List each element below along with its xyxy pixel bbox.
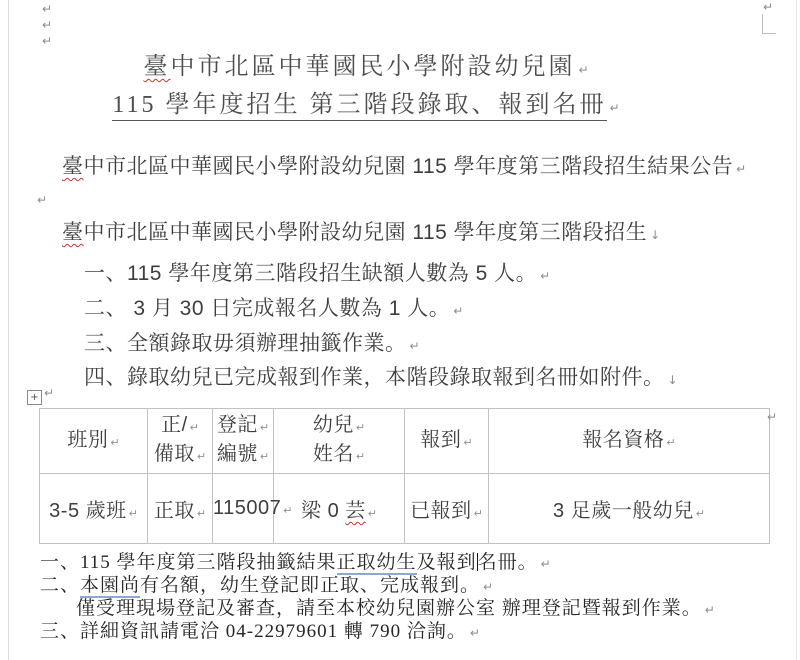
paragraph-mark-icon: ↵ bbox=[578, 63, 588, 77]
spellcheck-flagged-char: 臺 bbox=[62, 155, 84, 178]
paragraph-mark-icon: ↵ bbox=[42, 19, 52, 31]
line-break-mark-icon: ↓ bbox=[650, 228, 660, 242]
cell-mark-icon: ↵ bbox=[666, 436, 675, 449]
cell-admit: 正取↵ bbox=[148, 474, 213, 544]
cell-qualification: 3 足歲一般幼兒↵ bbox=[489, 474, 770, 544]
list-item-text: 三、全額錄取毋須辦理抽籤作業。 bbox=[84, 332, 407, 355]
paragraph-mark-icon: ↵ bbox=[705, 603, 715, 617]
cell-mark-icon: ↵ bbox=[368, 507, 377, 520]
cell-mark-icon: ↵ bbox=[356, 421, 365, 434]
paragraph-mark-icon: ↵ bbox=[44, 387, 54, 399]
body-intro-text: 中市北區中華國民小學附設幼兒園 115 學年度第三階段招生 bbox=[84, 221, 648, 244]
spellcheck-flagged-char: 臺 bbox=[143, 54, 170, 80]
paragraph-mark-icon: ↵ bbox=[37, 194, 47, 206]
cell-mark-icon: ↵ bbox=[356, 450, 365, 463]
cell-mark-icon: ↵ bbox=[197, 507, 206, 520]
list-item: 二、 3 月 30 日完成報名人數為 1 人。↵ bbox=[84, 292, 463, 322]
document-title-line2: 115 學年度招生 第三階段錄取、報到名冊↵ bbox=[66, 84, 666, 119]
cell-mark-icon: ↵ bbox=[463, 436, 472, 449]
page-right-edge bbox=[796, 0, 797, 660]
body-intro-line: 臺中市北區中華國民小學附設幼兒園 115 學年度第三階段招生↓ bbox=[62, 216, 660, 246]
table-header-row: 班別↵ 正/↵ 備取↵ 登記↵ 編號↵ 幼兒↵ 姓名↵ 報到↵ 報名資格↵ bbox=[40, 409, 770, 474]
title-text: 中市北區中華國民小學附設幼兒園 bbox=[170, 54, 575, 80]
cell-mark-icon: ↵ bbox=[260, 421, 269, 434]
header-registration-no: 登記↵ 編號↵ bbox=[213, 409, 274, 474]
header-qualification: 報名資格↵ bbox=[489, 409, 770, 474]
note-text: 二、 bbox=[40, 575, 80, 596]
announcement-text: 中市北區中華國民小學附設幼兒園 115 學年度第三階段招生結果公告 bbox=[84, 155, 734, 178]
cell-mark-icon: ↵ bbox=[283, 504, 292, 517]
header-class: 班別↵ bbox=[40, 409, 148, 474]
list-item: 一、115 學年度第三階段招生缺額人數為 5 人。↵ bbox=[84, 257, 550, 287]
paragraph-mark-icon: ↵ bbox=[610, 101, 620, 115]
announcement-heading: 臺中市北區中華國民小學附設幼兒園 115 學年度第三階段招生結果公告↵ bbox=[62, 150, 746, 180]
cell-mark-icon: ↵ bbox=[474, 507, 483, 520]
cell-checkin: 已報到↵ bbox=[405, 474, 489, 544]
cell-child-name: 梁 0 芸↵ bbox=[274, 474, 405, 544]
header-admit-type: 正/↵ 備取↵ bbox=[148, 409, 213, 474]
title-text-underlined: 115 學年度招生 第三階段錄取、報到名冊 bbox=[112, 92, 606, 121]
list-item: 四、錄取幼兒已完成報到作業，本階段錄取報到名冊如附件。↓ bbox=[84, 361, 678, 391]
header-child-name: 幼兒↵ 姓名↵ bbox=[274, 409, 405, 474]
header-checkin: 報到↵ bbox=[405, 409, 489, 474]
list-item: 三、全額錄取毋須辦理抽籤作業。↵ bbox=[84, 327, 420, 357]
table-move-handle-icon[interactable]: + bbox=[27, 390, 42, 405]
spellcheck-flagged-char: 臺 bbox=[62, 221, 84, 244]
paragraph-mark-icon: ↵ bbox=[470, 626, 480, 640]
paragraph-mark-icon: ↵ bbox=[483, 580, 493, 594]
cell-mark-icon: ↵ bbox=[110, 436, 119, 449]
paragraph-mark-icon: ↵ bbox=[763, 1, 773, 13]
paragraph-mark-icon: ↵ bbox=[42, 35, 52, 47]
cell-class: 3-5 歲班↵ bbox=[40, 474, 148, 544]
paragraph-mark-icon: ↵ bbox=[410, 339, 420, 353]
paragraph-mark-icon: ↵ bbox=[540, 269, 550, 283]
page-left-edge bbox=[8, 0, 9, 660]
note-text: 三、詳細資訊請電洽 04-22979601 轉 790 洽詢。 bbox=[40, 621, 467, 642]
list-item-text: 四、錄取幼兒已完成報到作業，本階段錄取報到名冊如附件。 bbox=[84, 366, 665, 389]
cell-mark-icon: ↵ bbox=[197, 450, 206, 463]
footer-note: 三、詳細資訊請電洽 04-22979601 轉 790 洽詢。↵ bbox=[40, 616, 480, 643]
admission-roster-table[interactable]: 班別↵ 正/↵ 備取↵ 登記↵ 編號↵ 幼兒↵ 姓名↵ 報到↵ 報名資格↵ bbox=[39, 408, 770, 544]
cell-mark-icon: ↵ bbox=[190, 421, 199, 434]
table-data-row: 3-5 歲班↵ 正取↵ 115007↵ 梁 0 芸↵ 已報到↵ 3 足歲一般幼兒… bbox=[40, 474, 770, 544]
cell-mark-icon: ↵ bbox=[696, 507, 705, 520]
paragraph-mark-icon: ↵ bbox=[42, 3, 52, 15]
paragraph-mark-icon: ↵ bbox=[453, 304, 463, 318]
spellcheck-flagged-char: 芸 bbox=[345, 500, 366, 522]
line-break-mark-icon: ↓ bbox=[668, 373, 678, 387]
paragraph-mark-icon: ↵ bbox=[736, 162, 746, 176]
margin-crop-mark-icon bbox=[762, 33, 776, 34]
word-document-page: ↵ ↵ ↵ ↵ 臺中市北區中華國民小學附設幼兒園↵ 115 學年度招生 第三階段… bbox=[0, 0, 800, 660]
list-item-text: 二、 3 月 30 日完成報名人數為 1 人。 bbox=[84, 297, 450, 320]
paragraph-mark-icon: ↵ bbox=[767, 411, 777, 423]
list-item-text: 一、115 學年度第三階段招生缺額人數為 5 人。 bbox=[84, 262, 537, 285]
paragraph-mark-icon: ↵ bbox=[541, 557, 551, 571]
margin-crop-mark-icon bbox=[762, 14, 763, 34]
document-title-line1: 臺中市北區中華國民小學附設幼兒園↵ bbox=[66, 46, 666, 81]
cell-mark-icon: ↵ bbox=[260, 450, 269, 463]
cell-registration-no: 115007↵ bbox=[213, 474, 274, 544]
cell-mark-icon: ↵ bbox=[129, 507, 138, 520]
